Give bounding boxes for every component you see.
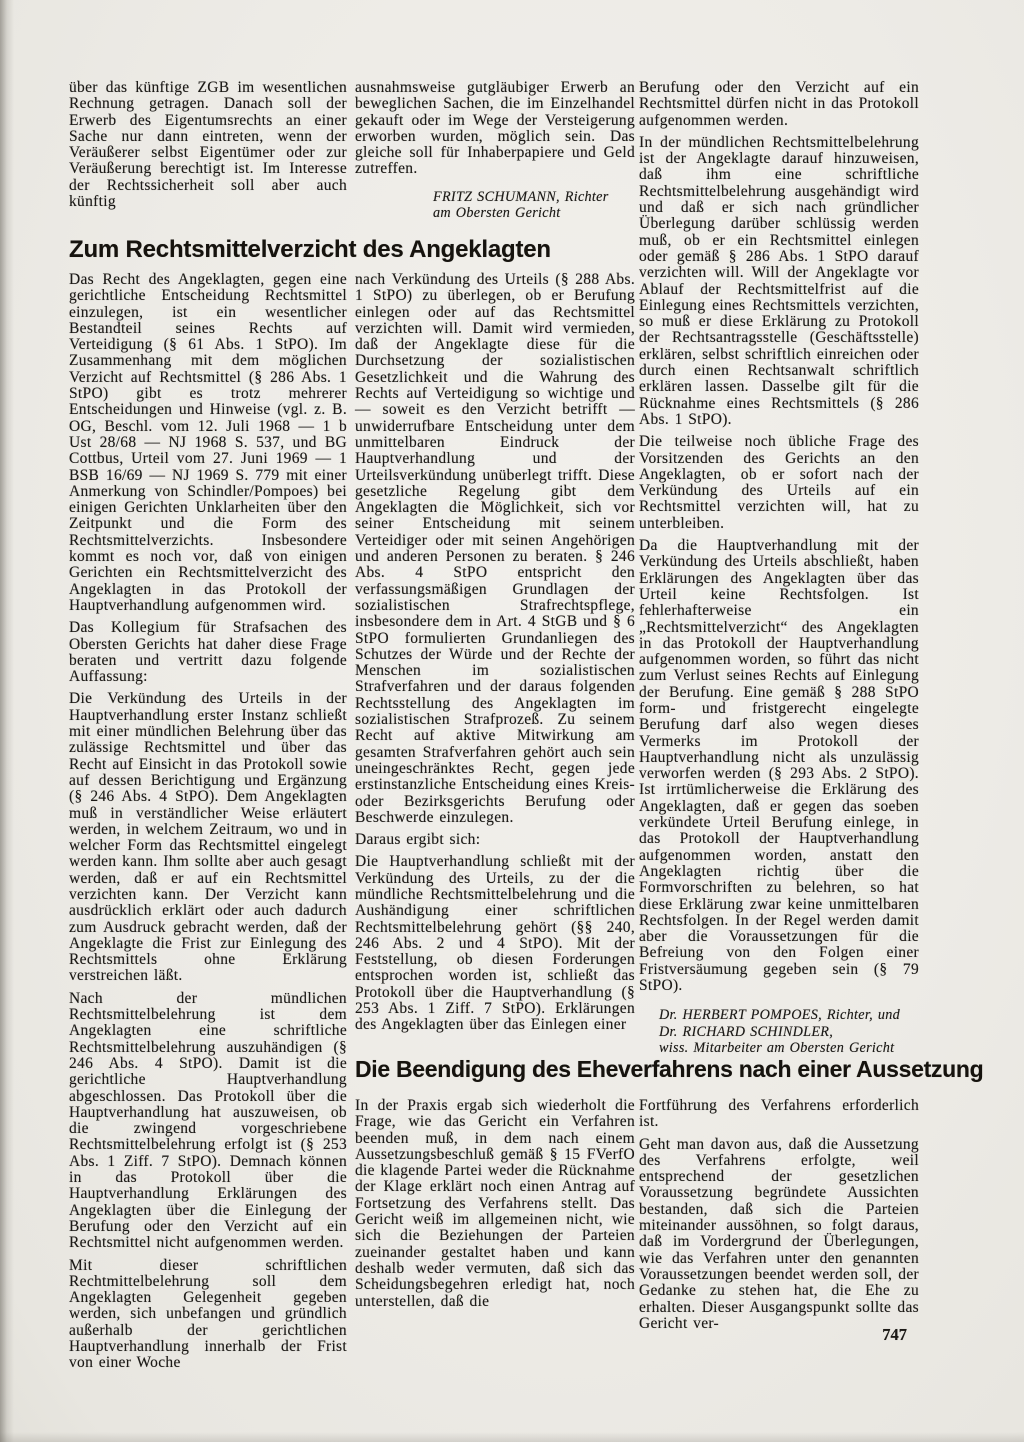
paragraph: Die teilweise noch übliche Frage des Vor… <box>639 434 919 532</box>
prev-article-text: ausnahmsweise gutgläubiger Erwerb an bew… <box>355 80 635 178</box>
paragraph: Das Recht des Angeklagten, gegen eine ge… <box>69 272 347 614</box>
paragraph: nach Verkündung des Urteils (§ 288 Abs. … <box>355 272 635 826</box>
author-name: FRITZ SCHUMANN, Richter <box>433 189 635 206</box>
paragraph: Fortführung des Verfahrens erforderlich … <box>639 1098 919 1131</box>
article2-column-2: Fortführung des Verfahrens erforderlich … <box>639 1098 919 1332</box>
paragraph: Die Verkündung des Urteils in der Hauptv… <box>69 691 347 984</box>
article2-column-1: In der Praxis ergab sich wiederholt die … <box>355 1098 635 1310</box>
scanned-journal-page: über das künftige ZGB im wesentlichen Re… <box>0 0 1024 1442</box>
paragraph: wiss. Mitarbeiter am Obersten Gericht <box>659 1040 919 1057</box>
paragraph: Berufung oder den Verzicht auf ein Recht… <box>639 80 919 129</box>
paragraph: Daraus ergibt sich: <box>355 832 635 848</box>
paragraph: Das Kollegium für Strafsachen des Oberst… <box>69 620 347 685</box>
paragraph: Geht man davon aus, daß die Aussetzung d… <box>639 1137 919 1333</box>
paragraph: In der Praxis ergab sich wiederholt die … <box>355 1098 635 1310</box>
article1-column-1: Das Recht des Angeklagten, gegen eine ge… <box>69 272 347 1372</box>
page-number: 747 <box>639 1325 917 1345</box>
article1-column-3-text: Berufung oder den Verzicht auf ein Recht… <box>639 80 919 994</box>
paragraph: Dr. RICHARD SCHINDLER, <box>659 1024 919 1041</box>
prev-article-column-1: über das künftige ZGB im wesentlichen Re… <box>69 80 347 210</box>
article-title-rechtsmittelverzicht: Zum Rechtsmittelverzicht des Angeklagten <box>69 236 551 264</box>
paragraph: Da die Hauptverhandlung mit der Verkündu… <box>639 538 919 994</box>
paragraph: Die Hauptverhandlung schließt mit der Ve… <box>355 854 635 1033</box>
article1-signature: Dr. HERBERT POMPOES, Richter, undDr. RIC… <box>639 1007 919 1057</box>
scan-edge-shadow <box>0 0 14 1442</box>
prev-article-signature: FRITZ SCHUMANN, Richter am Obersten Geri… <box>355 189 635 222</box>
paragraph: Nach der mündlichen Rechtsmittelbelehrun… <box>69 991 347 1252</box>
article-title-eheverfahren: Die Beendigung des Eheverfahrens nach ei… <box>355 1056 983 1083</box>
paragraph: Mit dieser schriftlichen Rechtmittelbele… <box>69 1258 347 1372</box>
paragraph: Dr. HERBERT POMPOES, Richter, und <box>659 1007 919 1024</box>
paragraph: In der mündlichen Rechtsmittelbelehrung … <box>639 135 919 428</box>
scan-bottom-shadow <box>0 1432 1024 1442</box>
prev-article-column-2: ausnahmsweise gutgläubiger Erwerb an bew… <box>355 80 635 222</box>
article1-column-3: Berufung oder den Verzicht auf ein Recht… <box>639 80 919 1057</box>
author-title: am Obersten Gericht <box>433 205 635 222</box>
article1-column-2: nach Verkündung des Urteils (§ 288 Abs. … <box>355 272 635 1034</box>
